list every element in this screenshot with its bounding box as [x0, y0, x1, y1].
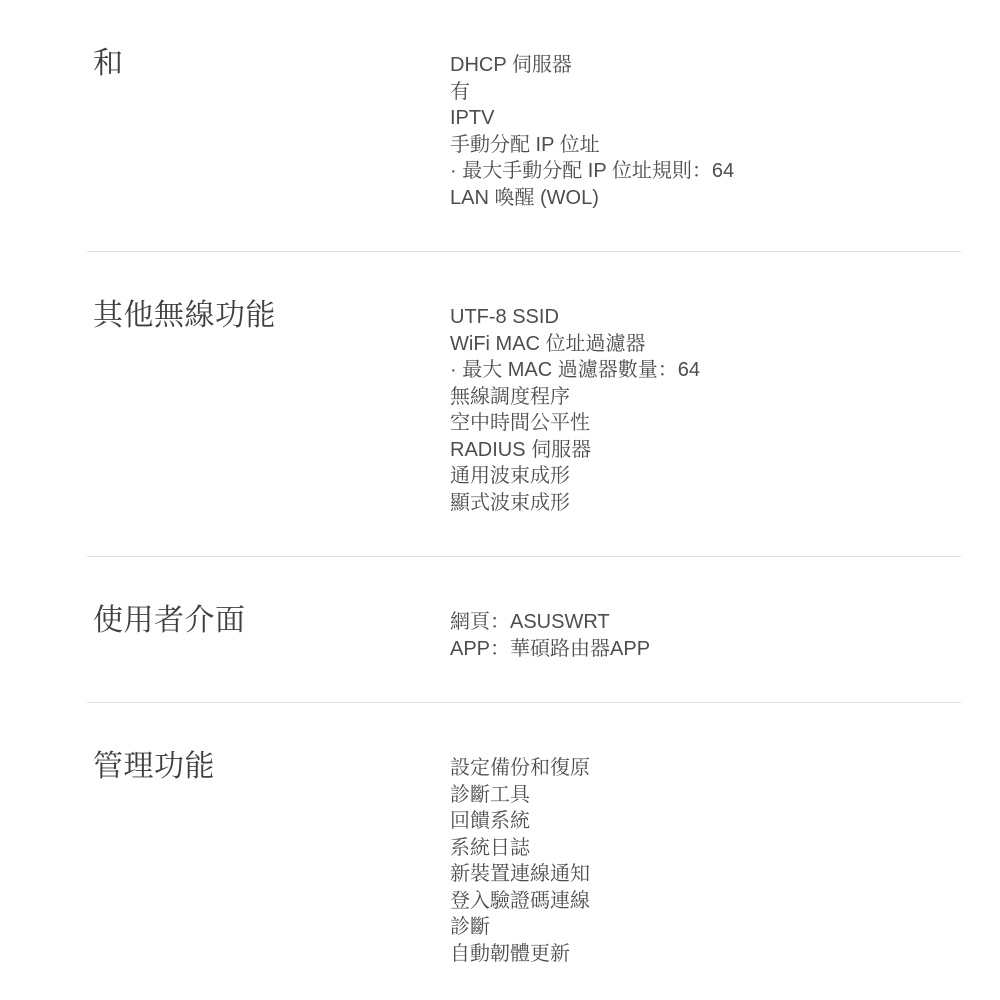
spec-section: 和DHCP 伺服器有IPTV手動分配 IP 位址· 最大手動分配 IP 位址規則…	[87, 0, 961, 251]
spec-value-line: 登入驗證碼連線	[450, 888, 961, 915]
spec-value-line: 新裝置連線通知	[450, 861, 961, 888]
spec-section: 使用者介面網頁：ASUSWRTAPP：華碩路由器APP	[87, 556, 961, 702]
spec-value-line: 無線調度程序	[450, 384, 961, 411]
spec-section: 其他無線功能UTF-8 SSIDWiFi MAC 位址過濾器· 最大 MAC 過…	[87, 251, 961, 556]
spec-value-line: RADIUS 伺服器	[450, 437, 961, 464]
spec-value-line: · 最大手動分配 IP 位址規則：64	[450, 158, 961, 185]
spec-section-label: 管理功能	[87, 749, 450, 785]
spec-value-line: 診斷	[450, 914, 961, 941]
spec-table: 和DHCP 伺服器有IPTV手動分配 IP 位址· 最大手動分配 IP 位址規則…	[87, 0, 961, 1000]
spec-value-line: 回饋系統	[450, 808, 961, 835]
spec-value-line: 顯式波束成形	[450, 490, 961, 517]
spec-value-line: 診斷工具	[450, 782, 961, 809]
spec-section-values: DHCP 伺服器有IPTV手動分配 IP 位址· 最大手動分配 IP 位址規則：…	[450, 52, 961, 211]
spec-value-line: 空中時間公平性	[450, 410, 961, 437]
spec-section-label: 其他無線功能	[87, 298, 450, 334]
spec-value-line: 手動分配 IP 位址	[450, 132, 961, 159]
spec-value-line: 通用波束成形	[450, 463, 961, 490]
spec-section-label: 使用者介面	[87, 603, 450, 639]
spec-section-label: 和	[87, 46, 450, 82]
spec-value-line: 自動韌體更新	[450, 941, 961, 968]
spec-value-line: IPTV	[450, 105, 961, 132]
spec-value-line: 有	[450, 79, 961, 106]
spec-value-line: DHCP 伺服器	[450, 52, 961, 79]
spec-section: 管理功能設定備份和復原診斷工具回饋系統系統日誌新裝置連線通知登入驗證碼連線診斷自…	[87, 702, 961, 1000]
spec-section-values: UTF-8 SSIDWiFi MAC 位址過濾器· 最大 MAC 過濾器數量：6…	[450, 304, 961, 516]
spec-value-line: 網頁：ASUSWRT	[450, 609, 961, 636]
spec-value-line: LAN 喚醒 (WOL)	[450, 185, 961, 212]
spec-value-line: APP：華碩路由器APP	[450, 636, 961, 663]
spec-section-values: 網頁：ASUSWRTAPP：華碩路由器APP	[450, 609, 961, 662]
spec-section-values: 設定備份和復原診斷工具回饋系統系統日誌新裝置連線通知登入驗證碼連線診斷自動韌體更…	[450, 755, 961, 967]
spec-value-line: WiFi MAC 位址過濾器	[450, 331, 961, 358]
spec-value-line: 系統日誌	[450, 835, 961, 862]
spec-value-line: UTF-8 SSID	[450, 304, 961, 331]
spec-value-line: 設定備份和復原	[450, 755, 961, 782]
spec-value-line: · 最大 MAC 過濾器數量：64	[450, 357, 961, 384]
